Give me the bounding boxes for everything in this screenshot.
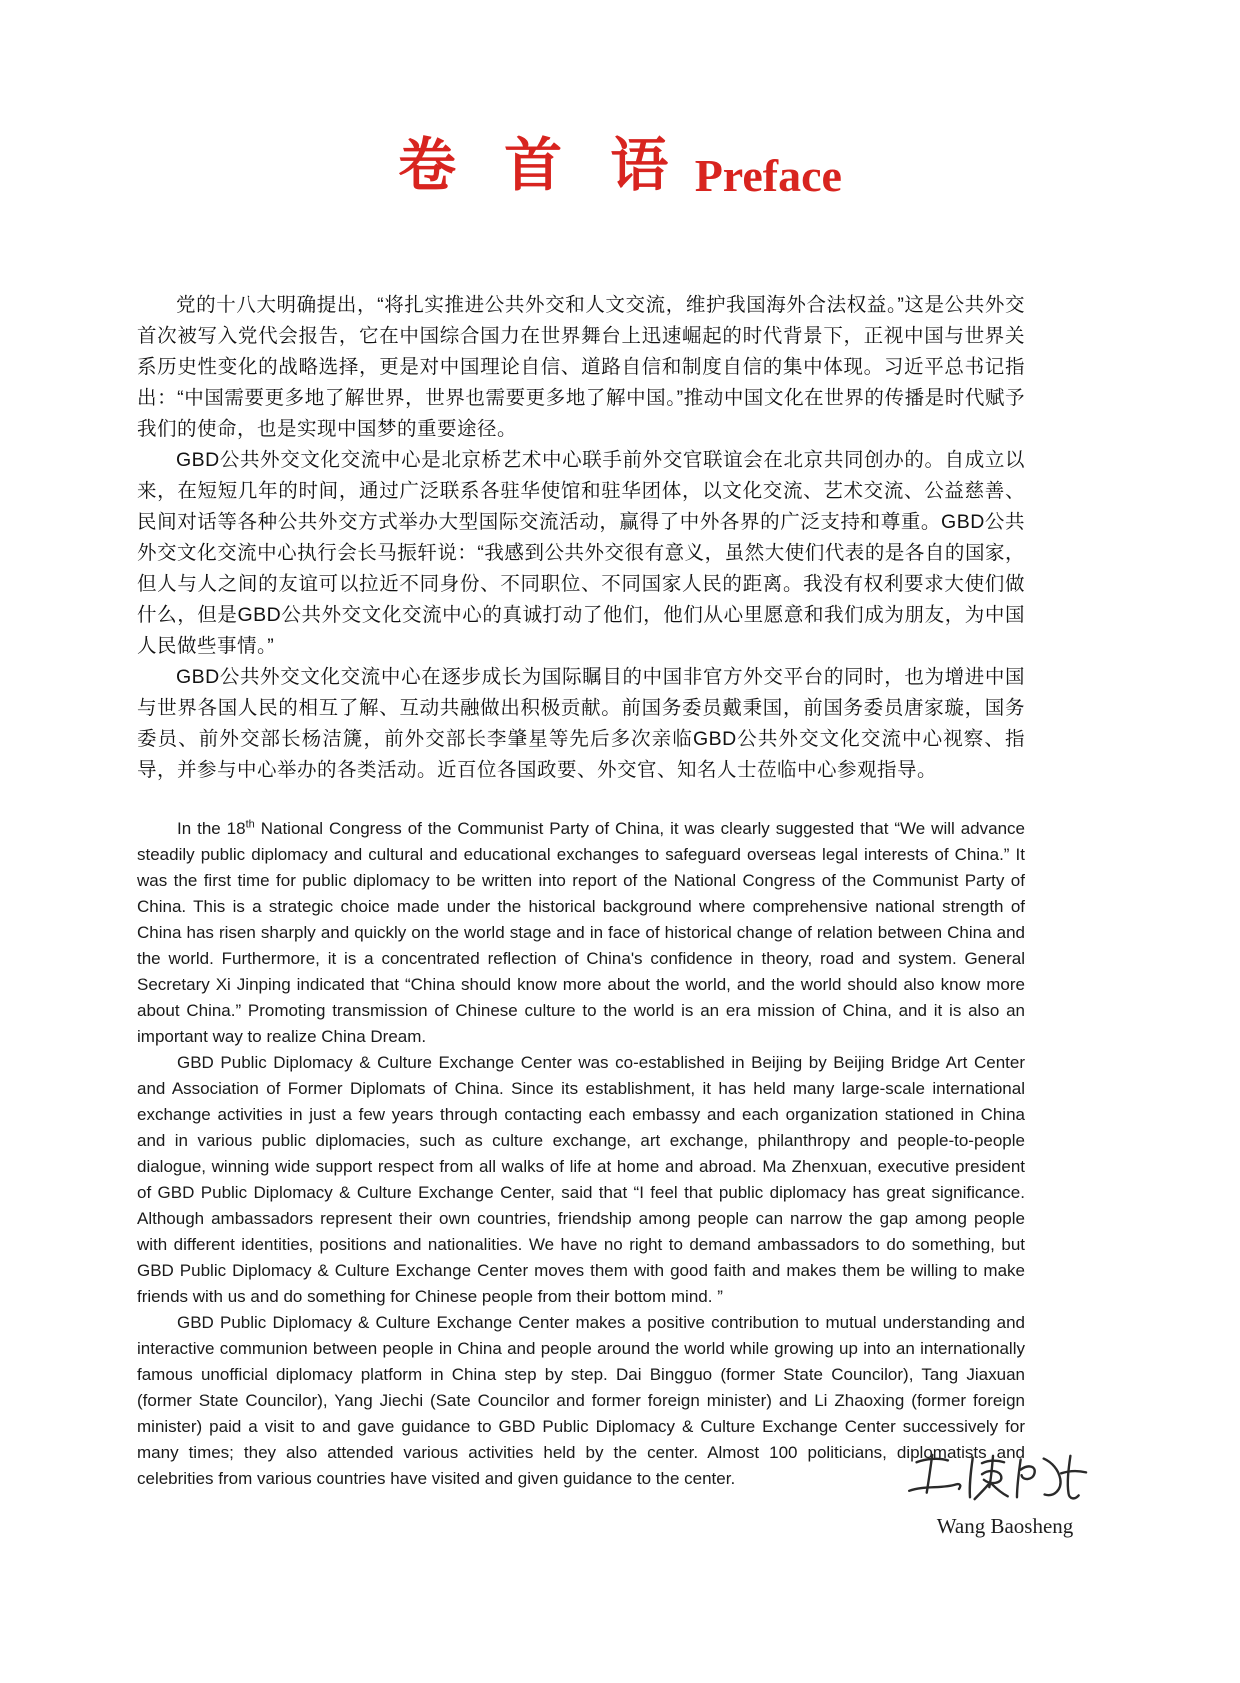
preface-page: 卷 首 语 Preface 党的十八大明确提出，“将扎实推进公共外交和人文交流，…: [0, 0, 1240, 1683]
chinese-paragraph-2: GBD公共外交文化交流中心是北京桥艺术中心联手前外交官联谊会在北京共同创办的。自…: [137, 445, 1025, 662]
ordinal-superscript: th: [246, 818, 255, 830]
chinese-preface-section: 党的十八大明确提出，“将扎实推进公共外交和人文交流，维护我国海外合法权益。”这是…: [137, 290, 1025, 786]
english-paragraph-1-prefix: In the 18: [177, 819, 246, 838]
english-preface-section: In the 18th National Congress of the Com…: [137, 816, 1025, 1492]
page-title: 卷 首 语 Preface: [0, 0, 1240, 202]
chinese-paragraph-3: GBD公共外交文化交流中心在逐步成长为国际瞩目的中国非官方外交平台的同时，也为增…: [137, 662, 1025, 786]
page-content: 党的十八大明确提出，“将扎实推进公共外交和人文交流，维护我国海外合法权益。”这是…: [137, 290, 1025, 1492]
page-title-chinese: 卷 首 语: [398, 133, 684, 198]
english-paragraph-1: In the 18th National Congress of the Com…: [137, 816, 1025, 1050]
signature-name: Wang Baosheng: [880, 1514, 1130, 1539]
signature-block: Wang Baosheng: [880, 1442, 1130, 1539]
english-paragraph-2: GBD Public Diplomacy & Culture Exchange …: [137, 1050, 1025, 1310]
handwritten-signature-image: [895, 1442, 1115, 1512]
chinese-paragraph-1: 党的十八大明确提出，“将扎实推进公共外交和人文交流，维护我国海外合法权益。”这是…: [137, 290, 1025, 445]
page-title-english: Preface: [695, 150, 842, 201]
english-paragraph-1-body: National Congress of the Communist Party…: [137, 819, 1025, 1046]
